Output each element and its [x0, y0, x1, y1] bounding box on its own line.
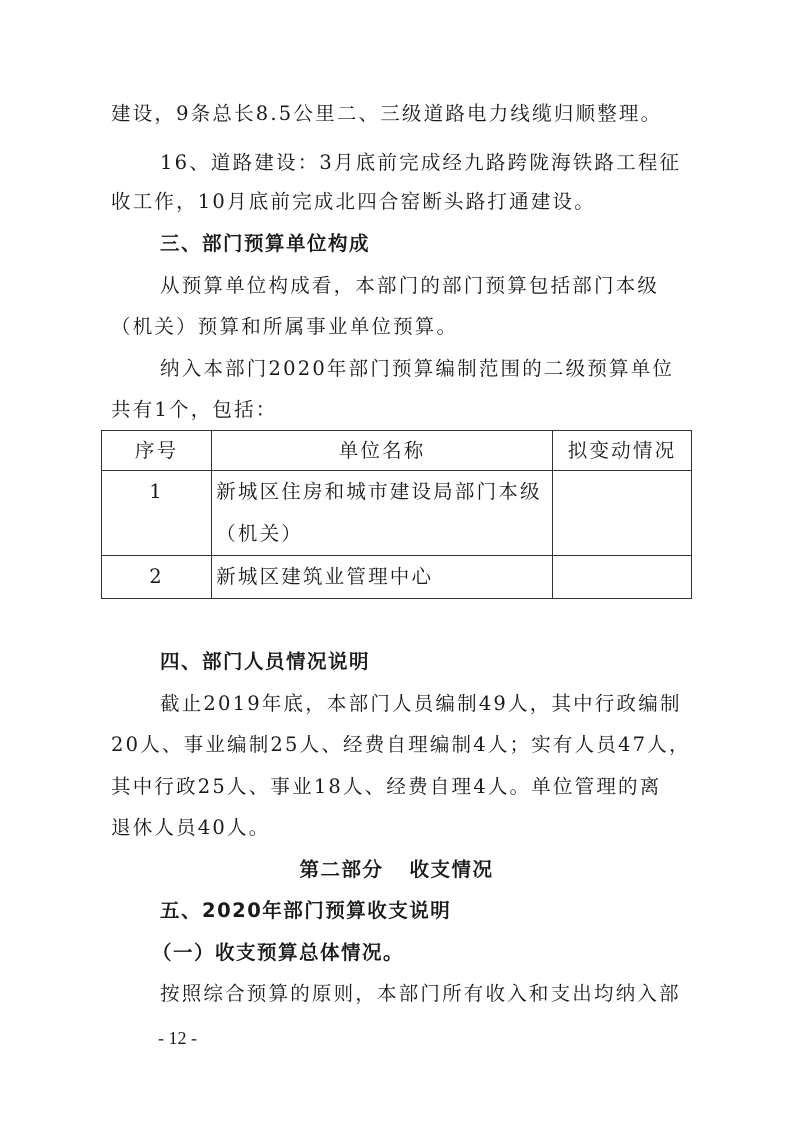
paragraph-line: 共有1个，包括： — [111, 398, 691, 422]
section-heading-4: 四、部门人员情况说明 — [160, 650, 690, 674]
table-header-row: 序号 单位名称 拟变动情况 — [102, 431, 692, 471]
paragraph-line: 截止2019年底，本部门人员编制49人，其中行政编制 — [160, 692, 690, 716]
table-cell-change — [553, 471, 692, 556]
table-cell-change — [553, 556, 692, 599]
table-cell-seq: 1 — [102, 471, 212, 556]
table-cell-unit-name: 新城区住房和城市建设局部门本级 （机关） — [212, 471, 553, 556]
table-row: 1 新城区住房和城市建设局部门本级 （机关） — [102, 471, 692, 556]
table-cell-unit-name: 新城区建筑业管理中心 — [212, 556, 553, 599]
part-two-label: 第二部分 — [299, 858, 383, 881]
part-two-heading: 第二部分收支情况 — [0, 858, 793, 882]
page-number: - 12 - — [158, 1028, 197, 1049]
paragraph-line: （机关）预算和所属事业单位预算。 — [111, 315, 691, 339]
paragraph-line: 其中行政25人、事业18人、经费自理4人。单位管理的离 — [111, 775, 691, 799]
paragraph-line: 纳入本部门2020年部门预算编制范围的二级预算单位 — [160, 357, 690, 381]
table-cell-seq: 2 — [102, 556, 212, 599]
table-header-unit-name: 单位名称 — [212, 431, 553, 471]
section-heading-3: 三、部门预算单位构成 — [160, 232, 690, 256]
table-header-seq: 序号 — [102, 431, 212, 471]
part-two-title: 收支情况 — [410, 858, 494, 881]
subsection-heading-1: （一）收支预算总体情况。 — [152, 941, 732, 965]
paragraph-line: 16、道路建设：3月底前完成经九路跨陇海铁路工程征 — [160, 151, 690, 175]
paragraph-line: 按照综合预算的原则，本部门所有收入和支出均纳入部 — [160, 982, 690, 1006]
unit-name-line: （机关） — [216, 513, 552, 555]
table-row: 2 新城区建筑业管理中心 — [102, 556, 692, 599]
unit-name-line: 新城区住房和城市建设局部门本级 — [216, 471, 552, 513]
section-heading-5: 五、2020年部门预算收支说明 — [160, 899, 690, 923]
paragraph-line: 退休人员40人。 — [111, 816, 691, 840]
paragraph-line: 建设，9条总长8.5公里二、三级道路电力线缆归顺整理。 — [111, 102, 691, 126]
table-header-change: 拟变动情况 — [553, 431, 692, 471]
paragraph-line: 收工作，10月底前完成北四合窑断头路打通建设。 — [111, 190, 691, 214]
paragraph-line: 从预算单位构成看，本部门的部门预算包括部门本级 — [160, 274, 690, 298]
paragraph-line: 20人、事业编制25人、经费自理编制4人；实有人员47人， — [111, 733, 691, 757]
budget-units-table: 序号 单位名称 拟变动情况 1 新城区住房和城市建设局部门本级 （机关） 2 新… — [101, 430, 692, 599]
